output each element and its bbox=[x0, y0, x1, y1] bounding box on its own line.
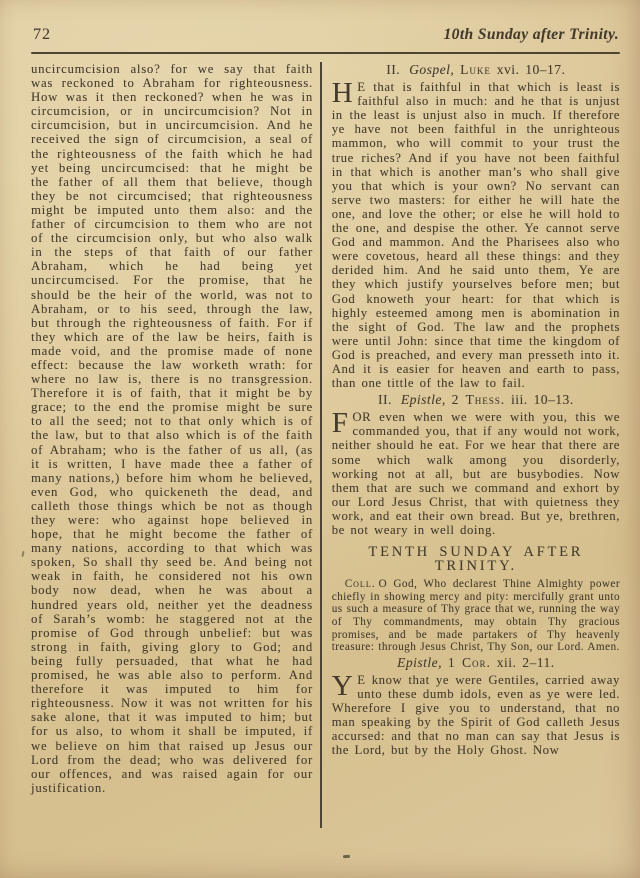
ink-speck bbox=[21, 551, 24, 557]
epistle-cor-heading-title: Epistle, bbox=[397, 655, 442, 670]
book-page: 72 10th Sunday after Trinity. uncircumci… bbox=[0, 0, 640, 878]
gospel-heading-book: Luke bbox=[460, 62, 491, 77]
ink-speck bbox=[343, 855, 350, 858]
running-title: 10th Sunday after Trinity. bbox=[444, 26, 619, 44]
column-divider-rule bbox=[320, 62, 322, 828]
left-column: uncircumcision also? for we say that fai… bbox=[31, 62, 313, 836]
epistle-thess-heading: II.Epistle, 2 Thess. iii. 10–13. bbox=[332, 393, 620, 407]
gospel-drop-cap: H bbox=[332, 80, 358, 105]
gospel-heading-title: Gospel, bbox=[409, 62, 454, 77]
epistle-cor-heading: Epistle, 1 Cor. xii. 2–11. bbox=[332, 656, 620, 670]
page-number: 72 bbox=[33, 26, 51, 44]
text-columns: uncircumcision also? for we say that fai… bbox=[31, 62, 620, 836]
epistle-thess-paragraph: FOR even when we were with you, this we … bbox=[332, 410, 620, 537]
epistle-thess-heading-title: Epistle, bbox=[401, 392, 446, 407]
epistle-thess-heading-number: II. bbox=[378, 392, 392, 407]
header-rule bbox=[31, 52, 620, 54]
epistle-thess-text: OR even when we were with you, this we c… bbox=[332, 410, 620, 537]
epistle-cor-heading-book: 1 Cor. bbox=[448, 655, 491, 670]
epistle-cor-paragraph: YE know that ye were Gentiles, carried a… bbox=[332, 673, 620, 758]
collect-lead-label: Coll. bbox=[345, 578, 376, 590]
right-column: II.Gospel, Luke xvi. 10–17. HE that is f… bbox=[332, 62, 620, 836]
collect-paragraph: Coll.O God, Who declarest Thine Almighty… bbox=[332, 578, 620, 654]
gospel-text: E that is faithful in that which is leas… bbox=[332, 80, 620, 390]
epistle-cor-drop-cap: Y bbox=[332, 673, 358, 698]
gospel-heading: II.Gospel, Luke xvi. 10–17. bbox=[332, 63, 620, 77]
gospel-heading-ref: xvi. 10–17. bbox=[497, 62, 566, 77]
page-header: 72 10th Sunday after Trinity. bbox=[33, 26, 619, 44]
epistle-cor-heading-ref: xii. 2–11. bbox=[497, 655, 555, 670]
left-column-text: uncircumcision also? for we say that fai… bbox=[31, 62, 313, 795]
epistle-thess-heading-book: 2 Thess. bbox=[452, 392, 506, 407]
gospel-paragraph: HE that is faithful in that which is lea… bbox=[332, 80, 620, 390]
epistle-cor-text: E know that ye were Gentiles, carried aw… bbox=[332, 673, 620, 757]
epistle-thess-drop-cap: F bbox=[332, 410, 353, 435]
epistle-thess-heading-ref: iii. 10–13. bbox=[511, 392, 574, 407]
section-heading: TENTH SUNDAY AFTER TRINITY. bbox=[332, 545, 620, 573]
gospel-heading-number: II. bbox=[386, 62, 400, 77]
